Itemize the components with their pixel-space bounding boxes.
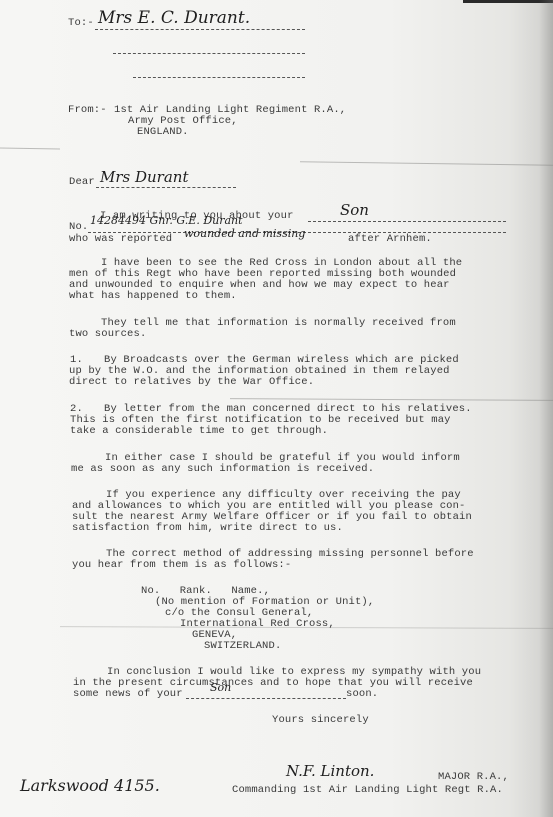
- para4-line: me as soon as any such information is re…: [71, 463, 374, 475]
- signature: N.F. Linton.: [286, 762, 374, 780]
- fold-crease: [0, 147, 60, 149]
- from-label: From:-: [68, 104, 107, 116]
- conclusion-suffix: soon.: [346, 688, 378, 700]
- status-fill: wounded and missing: [184, 227, 305, 240]
- item2-line: take a considerable time to get through.: [70, 425, 328, 437]
- closing: Yours sincerely: [272, 714, 369, 726]
- letter-page: To:- Mrs E. C. Durant. From:- 1st Air La…: [0, 0, 553, 817]
- para2-line: what has happened to them.: [69, 290, 237, 302]
- para3-line: They tell me that information is normall…: [101, 317, 456, 329]
- para5-line: satisfaction from him, write direct to u…: [72, 522, 343, 534]
- para1-line3-suffix: after Arnhem.: [348, 233, 432, 245]
- conclusion-line3: some news of your: [73, 688, 183, 700]
- salutation-line: [96, 187, 236, 188]
- relation-fill: Son: [340, 201, 369, 219]
- address-line: [113, 53, 305, 54]
- address-block-line: SWITZERLAND.: [204, 640, 281, 652]
- salutation-label: Dear: [69, 176, 95, 188]
- item1-line: direct to relatives by the War Office.: [69, 376, 314, 388]
- paper-shadow: [539, 0, 553, 817]
- para6-line: you hear from them is as follows:-: [72, 559, 291, 571]
- address-line: [95, 29, 305, 30]
- signatory-rank: MAJOR R.A.,: [438, 771, 509, 783]
- to-label: To:-: [68, 17, 94, 29]
- para1-line3: who was reported: [69, 233, 172, 245]
- conclusion-relation-line: [186, 698, 346, 699]
- para3-line: two sources.: [69, 328, 146, 340]
- relation-line: [308, 221, 506, 222]
- from-country: ENGLAND.: [137, 126, 189, 138]
- recipient-name: Mrs E. C. Durant.: [98, 8, 250, 28]
- conclusion-relation-fill: Son: [210, 681, 231, 694]
- fold-crease: [230, 398, 553, 401]
- salutation-name: Mrs Durant: [100, 168, 188, 186]
- signatory-title: Commanding 1st Air Landing Light Regt R.…: [232, 784, 503, 796]
- address-line: [133, 77, 305, 78]
- fold-crease: [300, 161, 553, 166]
- soldier-fill: 14284494 Gnr. G.E. Durant: [90, 214, 243, 227]
- handwritten-phone-note: Larkswood 4155.: [20, 776, 160, 795]
- para1-line2: No.: [69, 221, 88, 233]
